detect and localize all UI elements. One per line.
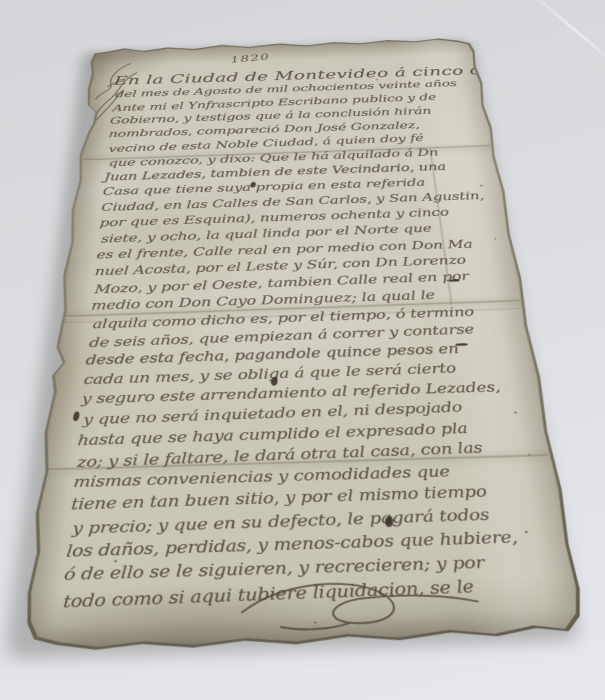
date-inscription: 1820 <box>230 51 271 64</box>
torn-paper-edge: 1820 En la Ciudad de Montevideo á cinco … <box>15 36 590 655</box>
paper-speck <box>525 531 528 533</box>
manuscript-paper: 1820 En la Ciudad de Montevideo á cinco … <box>15 36 590 655</box>
closing-paraph-flourish <box>234 569 490 639</box>
light-reflection-streak <box>518 0 605 81</box>
photo-background: 1820 En la Ciudad de Montevideo á cinco … <box>0 0 605 700</box>
paper-speck <box>514 411 517 413</box>
paper-speck <box>376 79 378 80</box>
paper-speck <box>480 185 482 187</box>
paper-speck <box>494 238 496 240</box>
paper-surface: 1820 En la Ciudad de Montevideo á cinco … <box>19 38 586 653</box>
paper-speck <box>528 454 530 456</box>
